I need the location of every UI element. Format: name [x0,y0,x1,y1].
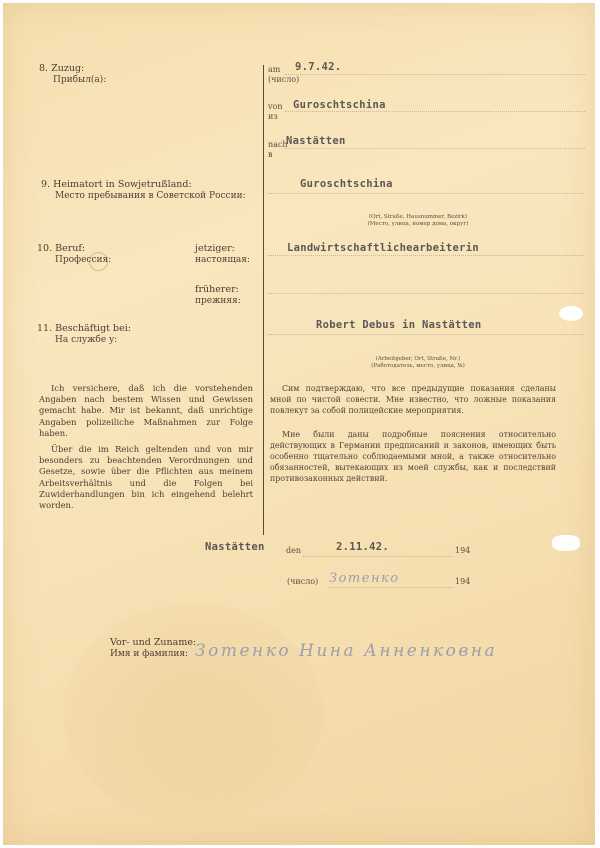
signing-place-value: Nastätten [205,541,265,553]
field-number: 11. [37,323,52,334]
declaration-ru-paragraph-1: Сим подтверждаю, что все предыдущие пока… [270,383,556,416]
punch-hole-top [559,306,583,321]
caption-ru: (Место, улица, номер дома, округ) [303,221,533,228]
label-ru: Имя и фамилия: [110,649,188,659]
label-de: am [268,65,280,74]
label-de: Beruf: [55,243,85,254]
document-page: 8. Zuzug: Прибыл(а): 9. Heimatort in Sow… [3,3,595,845]
label-de: Heimatort in Sowjetrußland: [53,179,192,190]
arrival-to-value: Nastätten [286,135,346,147]
caption-de: (Arbeitgeber, Ort, Straße, Nr.) [303,356,533,363]
label-de: Vor- und Zuname: [110,637,196,648]
label-ru: в [268,150,273,159]
arrival-date-value: 9.7.42. [295,61,341,73]
full-name-handwritten: Зотенко Нина Анненковна [195,641,497,661]
label-de: von [268,102,283,111]
signing-date-value: 2.11.42. [336,541,389,553]
field-9-label: 9. Heimatort in Sowjetrußland: Место пре… [41,179,246,202]
arrival-from-label: von из [268,102,283,122]
arrival-to-label: nach в [268,140,288,160]
label-ru: Профессия: [37,255,111,265]
field-10-label: 10. Beruf: Профессия: [37,243,111,266]
dotted-line [268,334,584,335]
full-name-label: Vor- und Zuname: Имя и фамилия: [110,637,196,660]
den-label: den [286,546,301,556]
label-de: Zuzug: [51,63,84,74]
hometown-caption: (Ort, Straße, Hausnummer, Bezirk) (Место… [303,214,533,228]
field-11-label: 11. Beschäftigt bei: На службе у: [37,323,131,346]
handwritten-signature-short: Зотенко [329,571,400,586]
label-ru: На службе у: [37,335,117,345]
declaration-de-paragraph-2: Über die im Reich geltenden und von mir … [39,444,253,511]
field-number: 9. [41,179,50,190]
employer-value: Robert Debus in Nastätten [316,319,482,331]
declaration-de-paragraph-1: Ich versichere, daß ich die vorstehenden… [39,383,253,439]
profession-current-label: jetziger: настоящая: [195,243,250,266]
caption-de: (Ort, Straße, Hausnummer, Bezirk) [303,214,533,221]
employer-caption: (Arbeitgeber, Ort, Straße, Nr.) (Работод… [303,356,533,370]
punch-hole-bottom [552,535,580,551]
dotted-line [303,556,453,557]
declaration-ru-paragraph-2: Мне были даны подробные пояснения относи… [270,429,556,484]
dotted-line [329,587,453,588]
column-divider [263,65,264,535]
dotted-line [285,74,585,75]
label-ru: настоящая: [195,255,250,265]
caption-ru: (Работодатель, место, улица, №) [303,363,533,370]
field-8-label: 8. Zuzug: Прибыл(а): [39,63,106,86]
declaration-german: Ich versichere, daß ich die vorstehenden… [39,383,253,516]
year-prefix-1: 194 [455,546,470,556]
arrival-from-value: Guroschtschina [293,99,386,111]
label-de: Beschäftigt bei: [55,323,131,334]
dotted-line [268,255,584,256]
profession-former-label: früherer: прежняя: [195,284,241,307]
hometown-value: Guroschtschina [300,178,393,190]
dotted-line [285,148,585,149]
label-ru: Прибыл(а): [39,75,106,85]
label-ru: из [268,112,278,121]
date-ru-label: (число) [287,577,318,587]
dotted-line [268,193,584,194]
dotted-line [285,111,585,112]
declaration-russian: Сим подтверждаю, что все предыдущие пока… [270,383,556,497]
label-de: jetziger: [195,243,235,254]
profession-current-value: Landwirtschaftlichearbeiterin [287,242,479,254]
field-number: 8. [39,63,48,74]
label-ru: Место пребывания в Советской России: [41,191,246,201]
label-de: früherer: [195,284,239,295]
paper-stain [63,603,323,823]
year-prefix-2: 194 [455,577,470,587]
label-ru: (число) [268,75,299,84]
label-ru: прежняя: [195,296,241,306]
profession-former-line [268,293,584,294]
field-number: 10. [37,243,52,254]
